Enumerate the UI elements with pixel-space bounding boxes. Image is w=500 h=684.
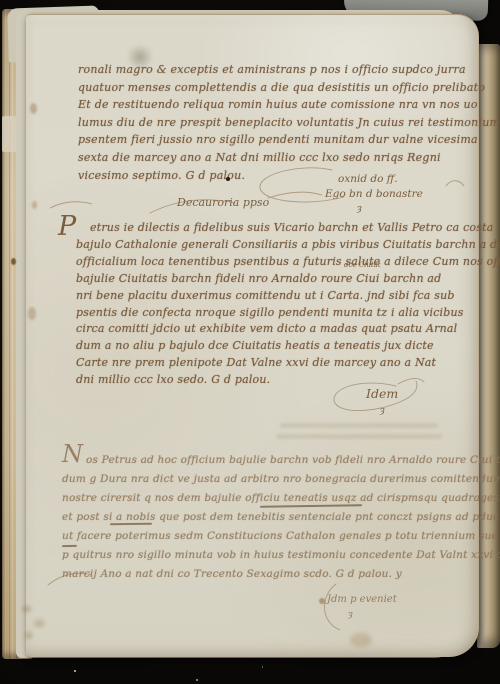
text-line: sexta die marcey ano a Nat dni millio cc… [78, 149, 500, 167]
scribal-mark: ȝ [348, 610, 353, 620]
interlinear-note: dce Ciutat [344, 261, 381, 269]
text-line: circa comitti jdcio ut exhibite vem dict… [76, 321, 500, 338]
show-through-ghost-line [280, 423, 438, 428]
stain [11, 258, 16, 265]
text-line: dni millio ccc lxo sedo. G d palou. [76, 372, 500, 389]
text-paragraph-1: ronali magro & exceptis et aministrans p… [78, 61, 500, 184]
text-line: nri bene placitu duxerimus comittendu ut… [76, 288, 500, 305]
text-paragraph-2: etrus ie dilectis a fidelibus suis Vicar… [76, 220, 500, 389]
text-paragraph-3: os Petrus ad hoc officium bajulie barchn… [62, 451, 500, 584]
stain [32, 201, 37, 209]
show-through-ghost-line [276, 434, 442, 439]
drop-initial: P [58, 213, 76, 240]
stain [319, 598, 325, 604]
text-line: etrus ie dilectis a fidelibus suis Vicar… [76, 220, 500, 237]
ink-blot [226, 177, 230, 181]
stain [350, 633, 372, 647]
text-line: bajulo Cathalonie generali Consiliariis … [76, 237, 500, 254]
notary-signature-line: Idem [366, 386, 398, 401]
text-line: bajulie Ciuitatis barchn fideli nro Arna… [76, 271, 500, 288]
stain [14, 597, 56, 645]
strikethrough-mark [62, 545, 77, 547]
text-line: ut facere poterimus sedm Constitucions C… [62, 527, 500, 546]
text-line: Carte nre prem plenipote Dat Valne xxvi … [76, 355, 500, 372]
text-line: quatuor menses complettendis a die qua d… [78, 79, 500, 97]
text-line: p quitrus nro sigillo minuta vob in huiu… [62, 546, 500, 565]
text-line: dum g Dura nra dict ve justa ad arbitro … [62, 470, 500, 489]
text-line: lumus diu de nre prespit beneplacito vol… [78, 114, 500, 132]
notary-signature-line: oxnid do ff. [338, 173, 398, 185]
text-line: dum a no aliu p bajulo dce Ciuitatis hea… [76, 338, 500, 355]
text-line: vicesimo septimo. G d palou. [78, 167, 500, 185]
scribal-mark: ȝ [357, 204, 362, 214]
dust-speck [262, 666, 263, 668]
text-line: officialium loca tenentibus psentibus a … [76, 254, 500, 271]
notary-signature-line: Jdm p eveniet [327, 594, 397, 605]
stain [30, 103, 37, 114]
text-line: os Petrus ad hoc officium bajulie barchn… [62, 451, 500, 470]
text-line: psentis die confecta nroque sigillo pend… [76, 305, 500, 322]
text-line: psentem fieri jussio nro sigillo pendent… [78, 131, 500, 149]
dust-speck [74, 670, 76, 672]
stain [28, 307, 36, 320]
section-heading: Decauroria ppso [177, 196, 269, 209]
dust-speck [196, 679, 198, 681]
text-line: ronali magro & exceptis et aministrans p… [78, 61, 500, 79]
notary-signature-line: Ego bn d bonastre [325, 188, 423, 200]
book-page: ronali magro & exceptis et aministrans p… [26, 14, 479, 657]
text-line: marcij Ano a nat dni co Trecento Sexagim… [62, 565, 500, 584]
text-line: Et de restituendo reliqua romin huius au… [78, 96, 500, 114]
scribal-mark: ȝ [380, 406, 385, 416]
manuscript-photo: ronali magro & exceptis et aministrans p… [0, 0, 500, 684]
